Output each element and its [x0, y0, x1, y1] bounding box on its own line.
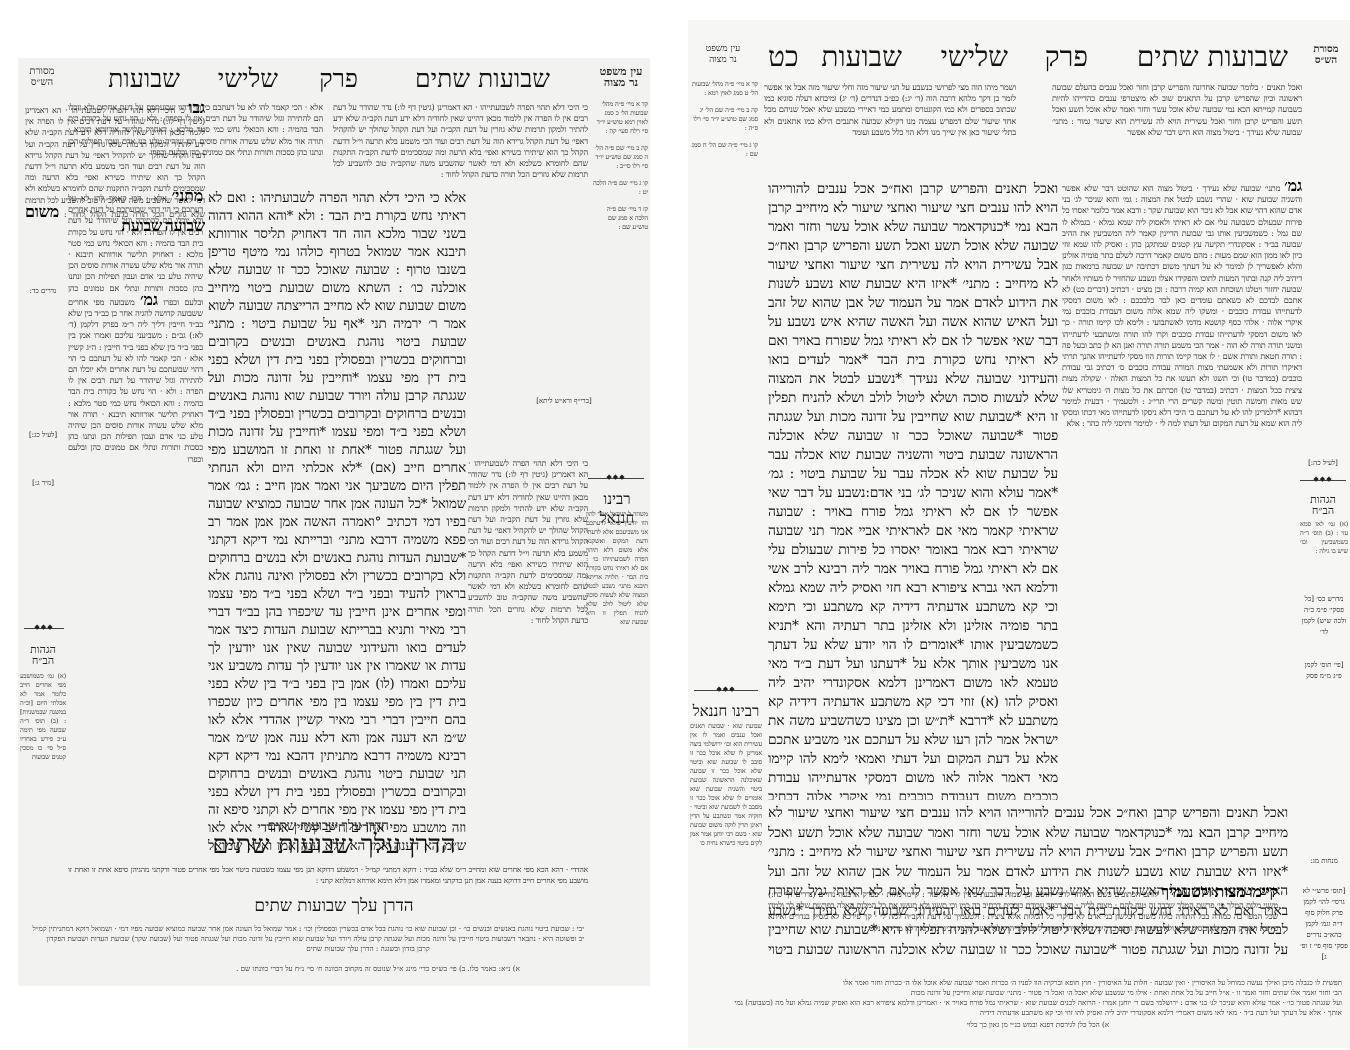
- lemma-uletaamich: ולטעמיך: [1161, 886, 1211, 901]
- footer-note: אותך · אלא על דעתך ועל דעת ב״ד · מאי לאו…: [692, 1008, 1342, 1018]
- haggahot-habach-title: הגהות הב״ח: [1300, 494, 1346, 516]
- hadran-title-small: הדרן עלך שבועות שתים: [18, 896, 650, 916]
- tosafot-commentary-top: אלא · הכי קאמר להו לא על דעתכם כי הוי דה…: [68, 102, 323, 184]
- ornament-divider: [1300, 480, 1346, 491]
- ein-mishpat-entries: קד א מיי׳ פ״ה מהל׳ שבועות הל׳ ט סמג לאוי…: [690, 80, 758, 230]
- ein-entry: קו ג מיי׳ שם פ״ה הלכה יט :: [592, 179, 648, 197]
- rabbenu-chananel-title: רבינו חננאל: [690, 702, 762, 721]
- running-head-tractate: שבועות: [108, 64, 180, 94]
- running-head-tractate: שבועות: [821, 40, 902, 74]
- margin-reference: [פי׳ תוס׳ לקמן פ״ג מ״מ פסק: [1300, 660, 1348, 682]
- footer-note: הב׳ וחזר ואמר אלו שתים וחזר ואמר זו · א״…: [692, 988, 1342, 998]
- haggahot-habach-text: (א) גמ׳ לאו סמא עזי : (ב) תוס׳ ד״ה כשמשב…: [1300, 520, 1348, 580]
- tosafot-commentary-bottom: קיימו מצות ולטעמיך לותם הכתובים כשם המיו…: [768, 886, 1278, 964]
- running-head-chapter-number: שלישי: [218, 64, 278, 94]
- ein-entry: קז ד מיי׳ שם פ״ה הלכה א סמג שם טוש״ע שם …: [592, 205, 648, 232]
- footer-note: קרבן בזדון ובשגגה : הדרן עלך שבועות שתים: [218, 944, 518, 954]
- lemma-gemara: גמ׳: [1284, 180, 1302, 195]
- ein-mishpat-label: עין משפט נר מצוה: [694, 44, 752, 66]
- rashi-commentary-bottom: אהדדי · דהא הכא מפי אחרים שוא ומחייב ר״מ…: [68, 864, 588, 888]
- footer-note: יב ופשוטה היא · נתבאר דשבועות ביטוי חייב…: [24, 934, 584, 944]
- margin-reference: [לעיל כה:]: [1300, 458, 1346, 469]
- ein-mishpat-entries: קד א מיי׳ פ״ה מהל׳ שבועות הל׳ כ סמג לאוי…: [592, 100, 648, 280]
- daf-number: כט: [768, 40, 799, 74]
- rashi-commentary-lower: כי היכי דלא תהוי הפרה לשבועתייהו · הא דא…: [468, 458, 588, 858]
- footnote: א) הכל כלן לגירסת דפנא ובמש כנ״י מן גאון…: [888, 1020, 1188, 1030]
- rashi-commentary-top: ושמר מיהו הוה מצי לפרושי כנשבע על הני שי…: [764, 82, 1016, 178]
- ein-entry: קה ב מיי׳ שם פ״ה הל׳ ה סמג שם טוש״ע יו״ד…: [592, 144, 648, 171]
- running-head-chapter-name: שבועות שתים: [1137, 40, 1288, 74]
- haggahot-habach-text: (א) גמ׳ כשמושבע מפי אחרים חייב כלומר אמר…: [20, 672, 66, 782]
- lemma-matni: מתני׳: [172, 190, 203, 205]
- margin-reference: נדרים כד:: [20, 286, 66, 297]
- book-gutter: [650, 0, 688, 1050]
- running-head-chapter-name: שבועות שתים: [415, 64, 550, 94]
- ein-entry: קו ג מיי׳ פ״ה שם הל׳ ח סמג שם :: [690, 141, 758, 159]
- ornament-divider: [24, 628, 64, 639]
- page-right-shevuot-daf-29: שבועות שתים פרק שלישי שבועות כט עין משפט…: [688, 20, 1350, 1048]
- lemma-mishum: משום: [25, 202, 59, 221]
- rabbenu-chananel-text: שבועת שוא · שבועת תאנים ואכל ענבים ואמר …: [690, 722, 762, 962]
- running-head-perek-label: פרק: [319, 64, 358, 94]
- lemma-gemara: גמ׳: [140, 290, 158, 309]
- running-head-chapter-number: שלישי: [941, 40, 1008, 74]
- footer-note: יבי : שבועת ביטוי נוהגת באנשים ובנשים כו…: [24, 924, 584, 934]
- hadran-title-large: הדרן עלך שבועות שתים: [18, 830, 650, 860]
- margin-reference: [ברי״ף ורא״ש ליתא]: [534, 396, 594, 407]
- page-left-shevuot: שבועות שתים פרק שלישי שבועות עין משפט נר…: [18, 58, 650, 986]
- ein-entry: קד א מיי׳ פ״ה מהל׳ שבועות הל׳ ט סמג לאוי…: [690, 80, 758, 98]
- running-head-perek-label: פרק: [1045, 40, 1088, 74]
- tosafot-commentary-right-column: גמ׳ מתני׳ שבועה שלא נעידך · ביטול מצוה ה…: [1062, 180, 1302, 800]
- tosafot-commentary-left-column: מתני׳ אלא · הכי קאמר להו לא על דעתכם כי …: [68, 190, 203, 860]
- lemma-kiymu: קיימו: [1248, 886, 1278, 901]
- ornament-divider: [588, 478, 644, 489]
- tosafot-commentary-top: ואכל תאנים · כלומר שבועה אחרונה והפריש ק…: [1052, 82, 1302, 178]
- ornament-divider: [694, 690, 758, 701]
- margin-reference: [נזיר ג:]: [20, 478, 66, 489]
- margin-reference: [לעיל כג:]: [20, 430, 66, 441]
- footer-note: תפשית לו כנבלה מיכן ואילך נעשה כמוחל על …: [692, 978, 1342, 988]
- gemara-main-text: ואכל תאנים והפריש קרבן ואח״כ אכל ענבים ל…: [768, 180, 1058, 800]
- haggahot-habach-title: הגהות הב״ח: [22, 644, 64, 666]
- lemma-mitzvot: מצות: [1215, 886, 1246, 901]
- footer-note: ועל שגגתה פטור כו׳ · אמר עולא והוא שניכר…: [692, 998, 1342, 1008]
- rashi-commentary-top: כי היכי דלא תהוי הפרה לשבועתייהו · הא דא…: [333, 102, 588, 184]
- footnote: א) נ״א: כאמר כלו. ב) פי׳ בש״ס כדי׳ מינג …: [198, 964, 558, 974]
- mesorat-hashas-label: מסורת הש״ס: [22, 66, 62, 88]
- margin-reference: מדרש כס׳ [כל פסקי׳ פ״מ כ״ה ולכה שיש) לקמ…: [1300, 594, 1348, 638]
- ein-entry: קד א מיי׳ פ״ה מהל׳ שבועות הל׳ כ סמג לאוי…: [592, 100, 648, 136]
- margin-reference: מנחות מג:: [1300, 856, 1348, 867]
- margin-reference: [תוס׳ פרש״י לא גרסי׳ להו׳ לקמן פרק חלוק …: [1300, 886, 1348, 963]
- ein-mishpat-label: עין משפט נר מצוה: [596, 66, 646, 88]
- mesorat-hashas-label: מסורת הש״ס: [1306, 44, 1346, 66]
- ein-entry: קה ב מיי׳ פ״ה שם הל׳ יג סמג שם טוש״ע יו״…: [690, 106, 758, 133]
- gemara-main-text: אלא כי היכי דלא תהוי הפרה לשבועתיהו : וא…: [208, 190, 466, 850]
